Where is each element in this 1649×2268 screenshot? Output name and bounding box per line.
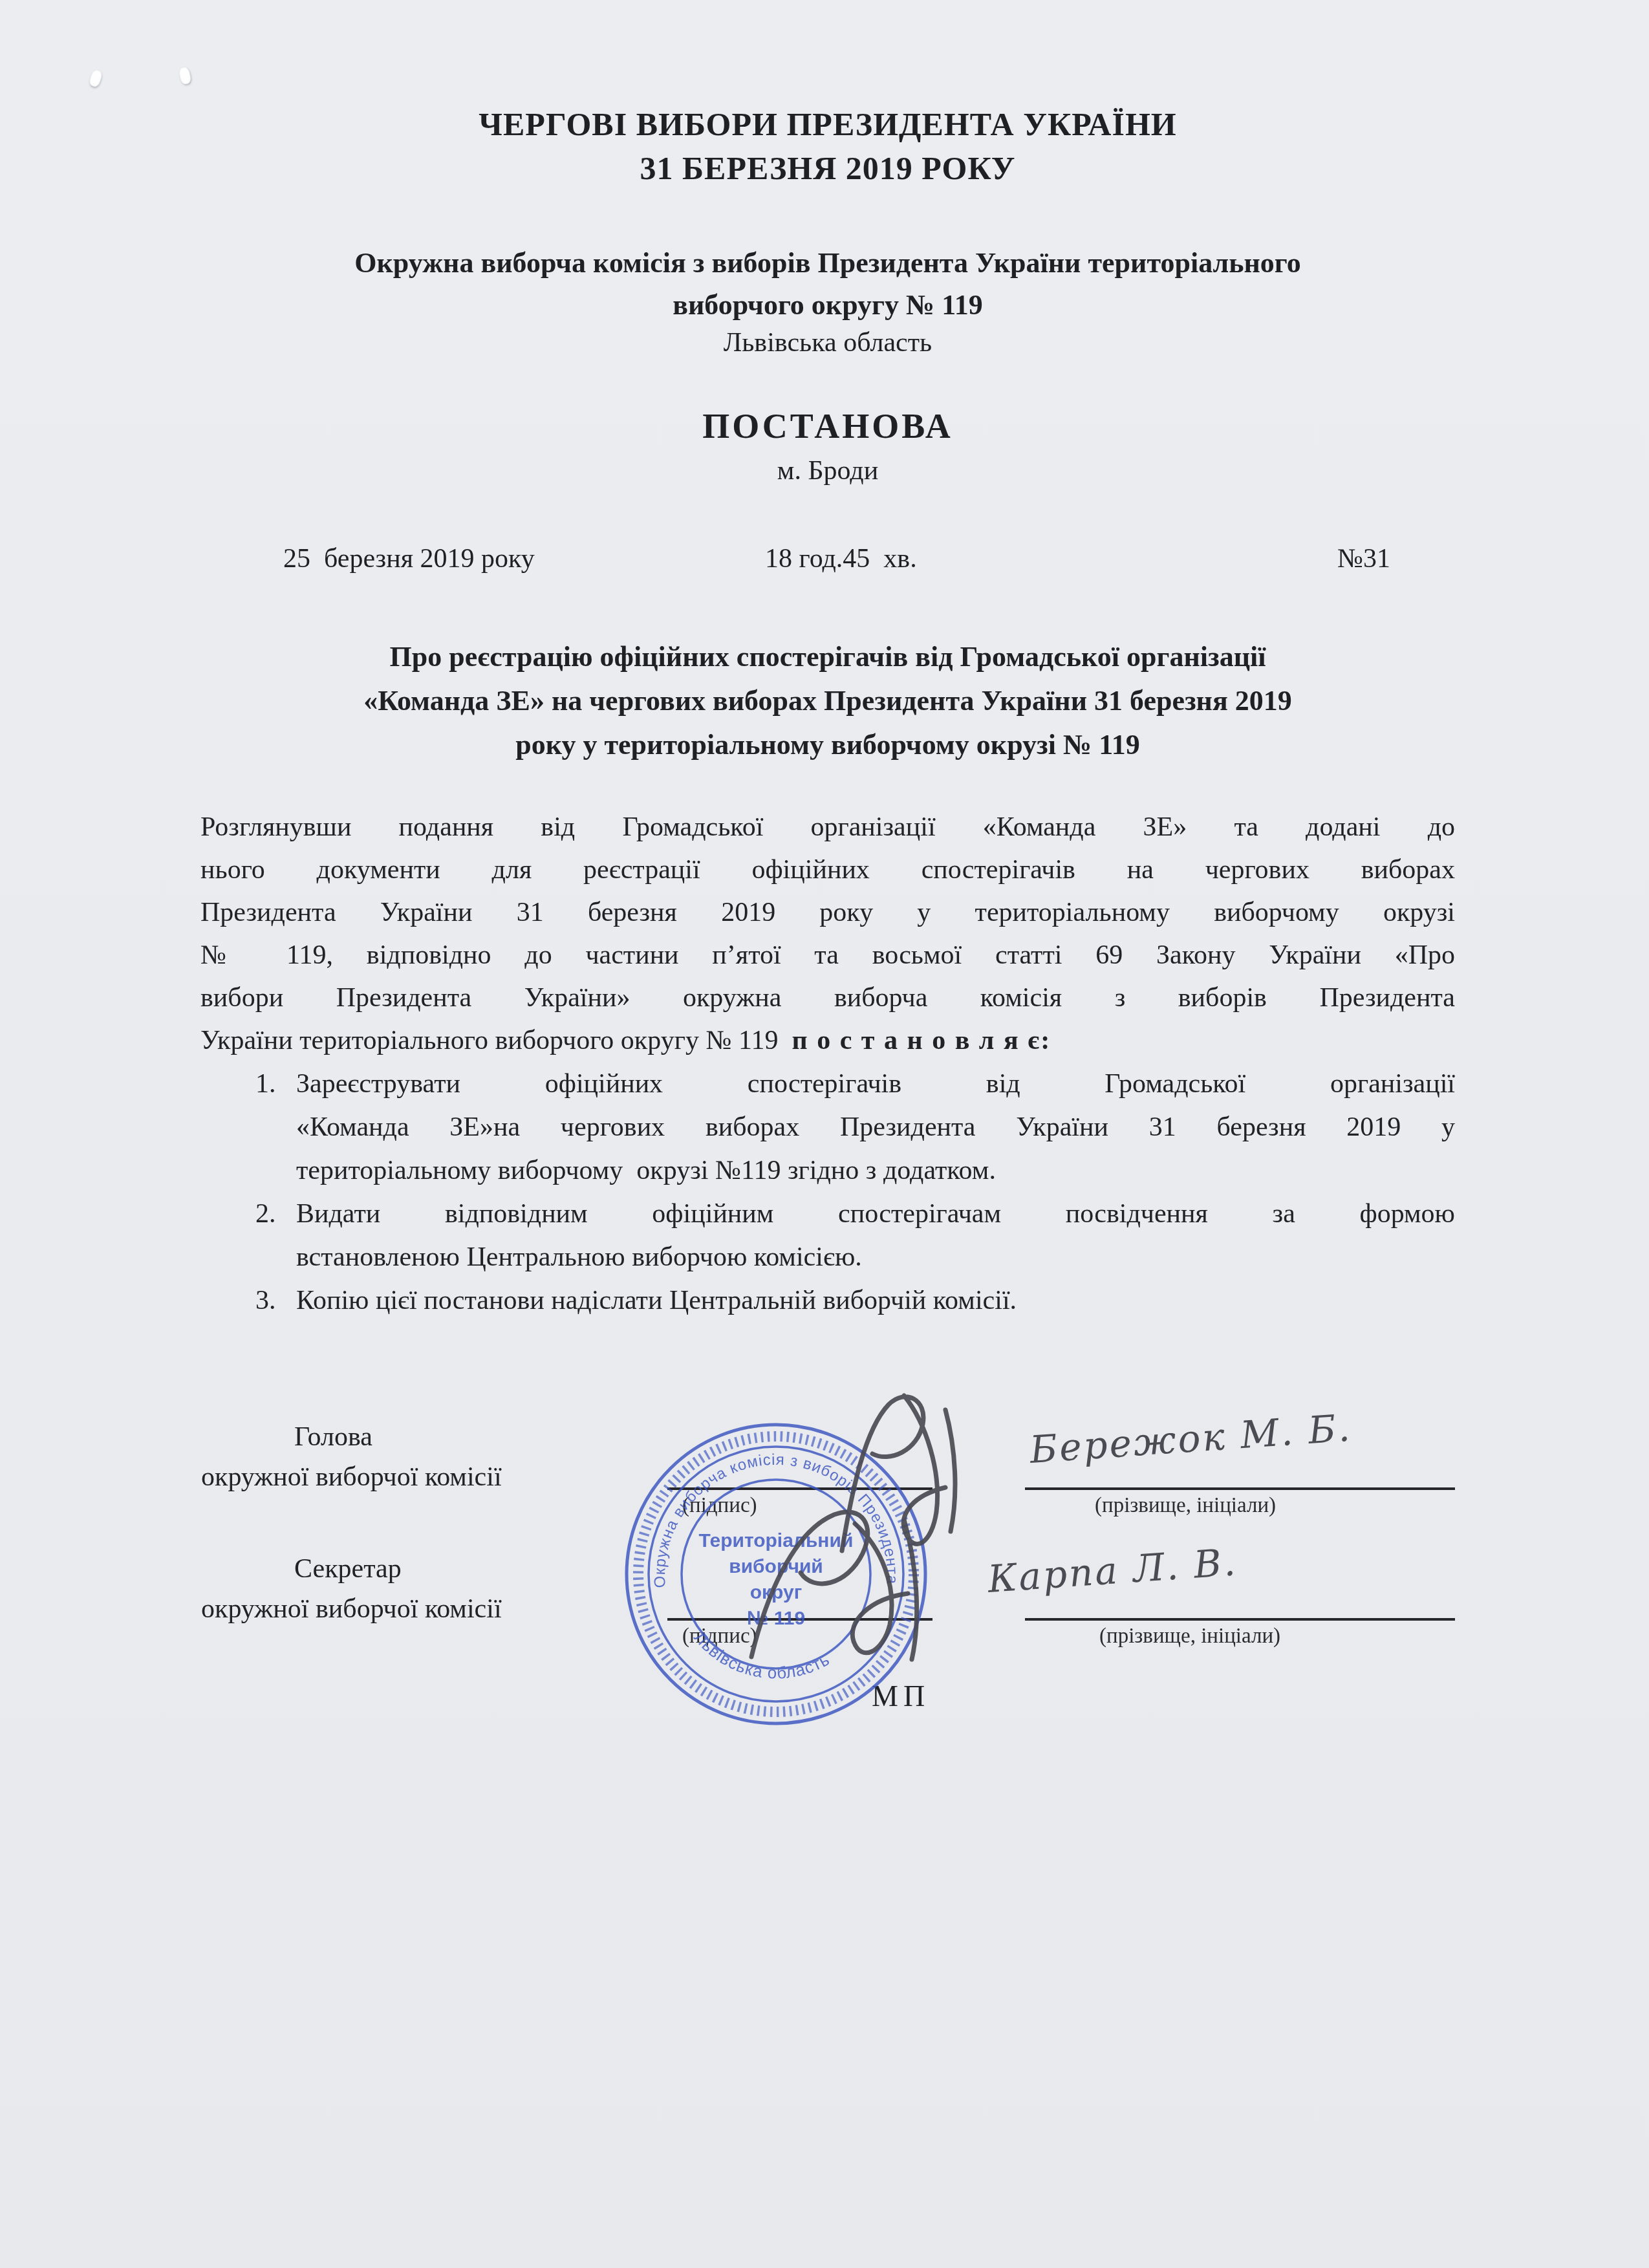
list-item-line: «Команда ЗЕ»на чергових виборах Президен… [296, 1112, 1455, 1143]
secretary-handwritten-name: Карпа Л. В. [986, 1540, 1238, 1601]
list-item-line: територіальному виборчому окрузі №119 зг… [296, 1155, 1455, 1186]
secretary-title-line1: Секретар [294, 1553, 402, 1584]
list-item-number: 3. [255, 1285, 276, 1316]
list-item-line: Копію цієї постанови надіслати Центральн… [296, 1285, 1455, 1316]
stamp-center-line3: округ [750, 1582, 802, 1603]
staple-mark [88, 69, 103, 88]
doc-title-line1: ЧЕРГОВІ ВИБОРИ ПРЕЗИДЕНТА УКРАЇНИ [200, 105, 1455, 143]
list-item-line: Зареєструвати офіційних спостерігачів ві… [296, 1068, 1455, 1099]
doc-type-heading: ПОСТАНОВА [200, 406, 1455, 446]
stamp-center-line1: Територіальний [699, 1530, 854, 1551]
subject-line2: «Команда ЗЕ» на чергових виборах Президе… [200, 684, 1455, 717]
head-name-line [1025, 1487, 1455, 1490]
doc-time: 18 год.45 хв. [765, 543, 917, 574]
head-name-caption: (прізвище, ініціали) [1095, 1494, 1276, 1518]
secretary-name-caption: (прізвище, ініціали) [1099, 1625, 1280, 1648]
region-label: Львівська область [200, 327, 1455, 358]
list-item-number: 1. [255, 1068, 276, 1099]
round-stamp: Окружна виборча комісія з виборів Презид… [622, 1420, 930, 1728]
secretary-name-line [1025, 1618, 1455, 1621]
list-item-number: 2. [255, 1198, 276, 1229]
resolves-bold-text: п о с т а н о в л я є: [792, 1026, 1051, 1055]
body-paragraph-line: № 119, відповідно до частини п’ятої та в… [200, 940, 1455, 971]
body-paragraph-line: вибори Президента України» окружна вибор… [200, 982, 1455, 1013]
list-item-line: встановленою Центральною виборчою комісі… [296, 1242, 1455, 1273]
head-handwritten-name: Бережок М. Б. [1028, 1405, 1353, 1472]
list-item-line: Видати відповідним офіційним спостерігач… [296, 1198, 1455, 1229]
body-paragraph-line: нього документи для реєстрації офіційних… [200, 854, 1455, 885]
stamp-center-line4: № 119 [747, 1608, 805, 1629]
scanned-document-page: ЧЕРГОВІ ВИБОРИ ПРЕЗИДЕНТА УКРАЇНИ 31 БЕР… [0, 0, 1649, 2268]
subject-line3: року у територіальному виборчому окрузі … [200, 728, 1455, 761]
svg-text:Львівська область: Львівська область [690, 1628, 833, 1683]
subject-line1: Про реєстрацію офіційних спостерігачів в… [200, 640, 1455, 673]
commission-name-line1: Окружна виборча комісія з виборів Презид… [200, 246, 1455, 279]
body-paragraph-line: Розглянувши подання від Громадської орга… [200, 812, 1455, 843]
head-title-line2: окружної виборчої комісії [201, 1462, 502, 1493]
doc-city: м. Броди [200, 455, 1455, 486]
stamp-bottom-text: Львівська область [690, 1628, 833, 1683]
head-title-line1: Голова [294, 1421, 372, 1453]
doc-number: №31 [1337, 543, 1390, 574]
staple-mark [178, 67, 191, 85]
secretary-title-line2: окружної виборчої комісії [201, 1593, 502, 1625]
body-paragraph-line-resolves: України територіального виборчого округу… [200, 1025, 1455, 1056]
body-paragraph-line: Президента України 31 березня 2019 року … [200, 897, 1455, 928]
stamp-center-line2: виборчий [729, 1556, 823, 1577]
resolves-normal-text: України територіального виборчого округу… [200, 1026, 792, 1055]
commission-name-line2: виборчого округу № 119 [200, 288, 1455, 321]
doc-date: 25 березня 2019 року [283, 543, 535, 574]
doc-title-line2: 31 БЕРЕЗНЯ 2019 РОКУ [200, 149, 1455, 187]
